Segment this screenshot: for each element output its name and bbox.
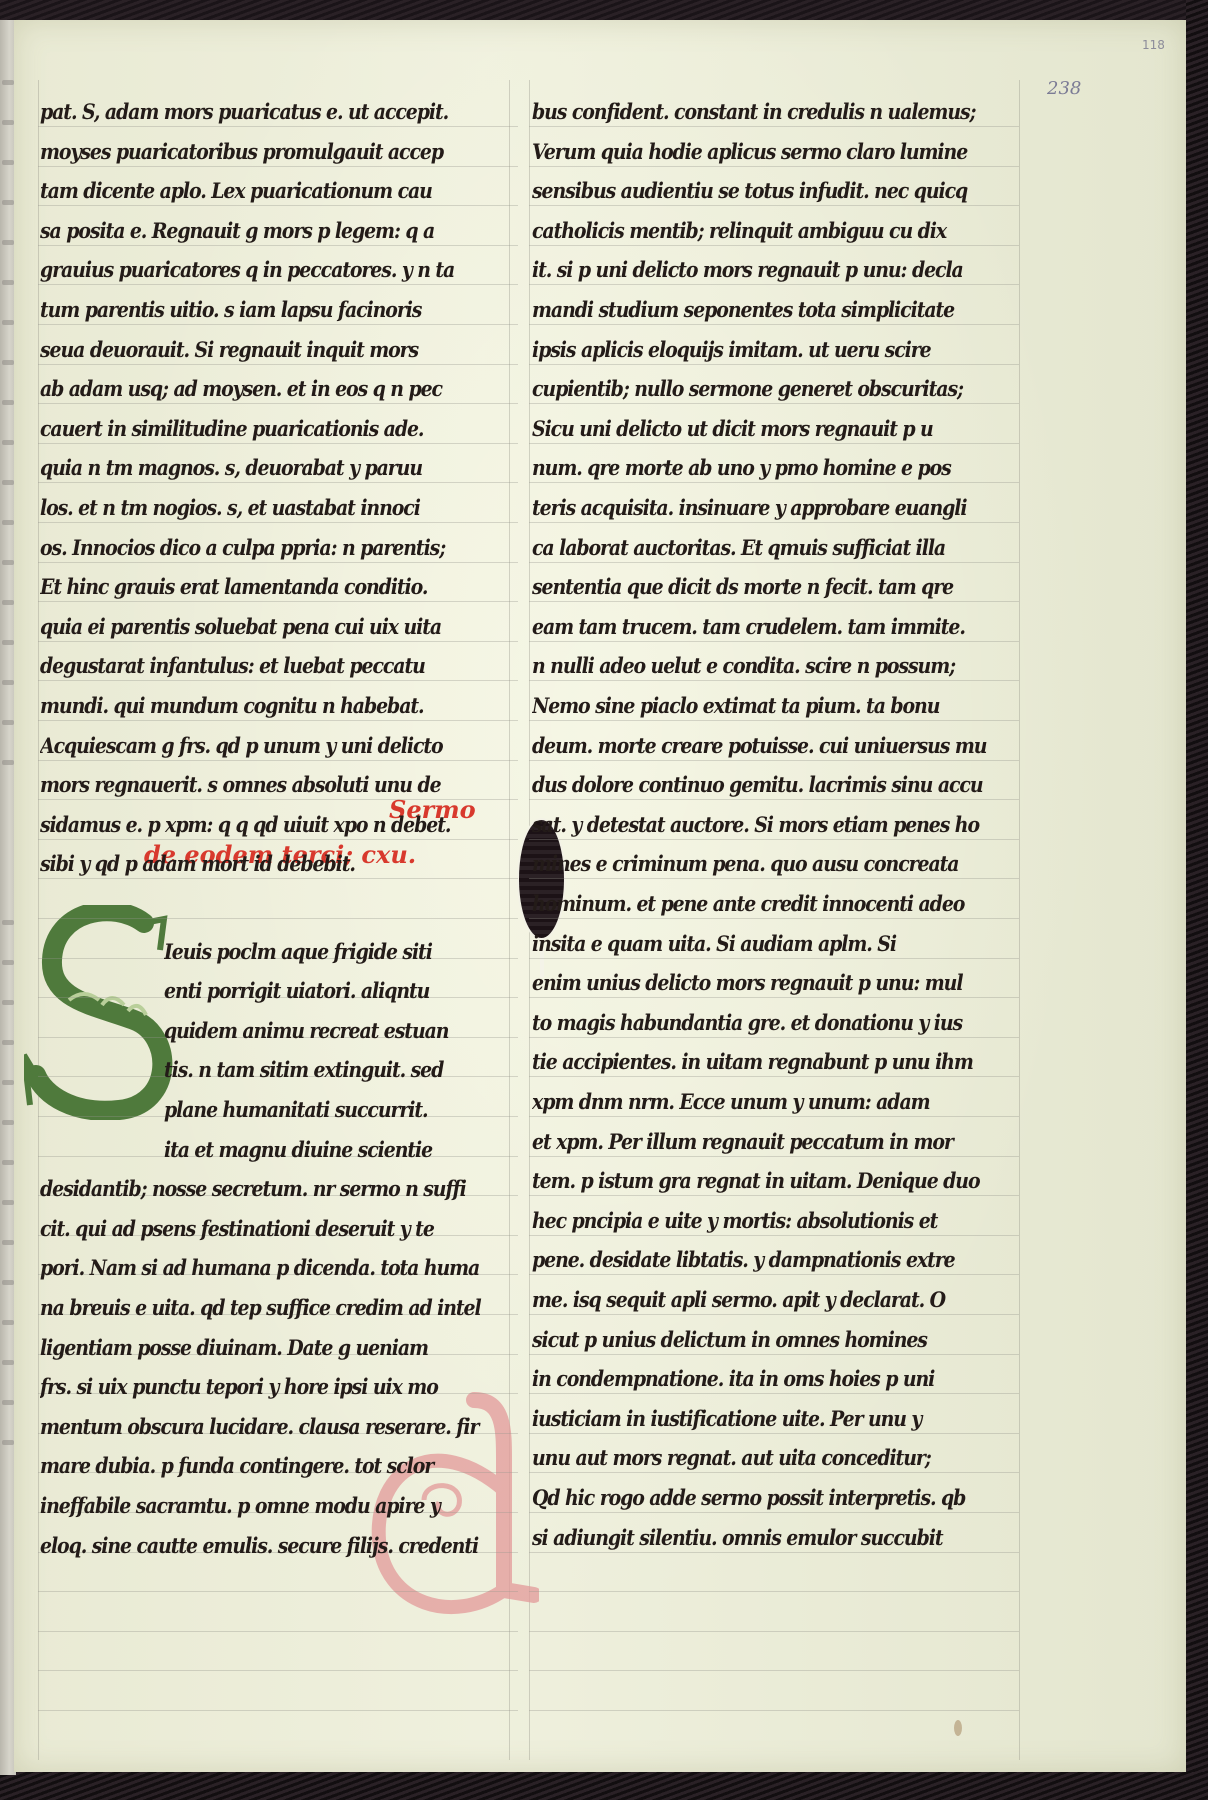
ruling-line <box>38 799 518 800</box>
ruling-line <box>38 522 518 523</box>
ruling-line <box>529 878 1019 879</box>
text-line: ca laborat auctoritas. Et qmuis sufficia… <box>532 536 1022 560</box>
foliation-number: 118 <box>1142 38 1165 52</box>
ruling-line <box>529 1037 1019 1038</box>
ruling-line <box>529 1274 1019 1275</box>
ruling-line <box>529 1116 1019 1117</box>
ruling-line <box>38 760 518 761</box>
ruling-line <box>529 641 1019 642</box>
ruling-line <box>38 878 518 879</box>
text-line: os. Innocios dico a culpa ppria: n paren… <box>40 536 510 560</box>
text-line: moyses puaricatoribus promulgauit accep <box>40 140 510 164</box>
ruling-line <box>529 1076 1019 1077</box>
text-line: tie accipientes. in uitam regnabunt p un… <box>532 1050 1022 1074</box>
ruling-line <box>529 364 1019 365</box>
ruling-line <box>529 1156 1019 1157</box>
text-line: los. et n tm nogios. s, et uastabat inno… <box>40 496 510 520</box>
text-line: eam tam trucem. tam crudelem. tam immite… <box>532 615 1022 639</box>
text-line: to magis habundantia gre. et donationu y… <box>532 1011 1022 1035</box>
ruling-line <box>38 601 518 602</box>
text-line: Verum quia hodie aplicus sermo claro lum… <box>532 140 1022 164</box>
text-line: n nulli adeo uelut e condita. scire n po… <box>532 654 1022 678</box>
ruling-line <box>38 1631 518 1632</box>
text-line: mandi studium seponentes tota simplicita… <box>532 298 1022 322</box>
ruling-line <box>529 205 1019 206</box>
ruling-line <box>38 443 518 444</box>
text-line: sensibus audientiu se totus infudit. nec… <box>532 179 1022 203</box>
text-line: iusticiam in iustificatione uite. Per un… <box>532 1407 1022 1431</box>
text-line: plane humanitati succurrit. <box>164 1098 504 1122</box>
ruling-line <box>38 364 518 365</box>
ruling-line <box>38 245 518 246</box>
text-line: Acquiescam g frs. qd p unum y uni delict… <box>40 734 510 758</box>
text-line: na breuis e uita. qd tep suffice credim … <box>40 1296 510 1320</box>
ruling-line <box>529 1710 1019 1711</box>
text-line: sidamus e. p xpm: q q qd uiuit xpo n deb… <box>40 813 510 837</box>
text-line: pene. desidate libtatis. y dampnationis … <box>532 1248 1022 1272</box>
ruling-line <box>529 1393 1019 1394</box>
text-line: pat. S, adam mors puaricatus e. ut accep… <box>40 100 510 124</box>
ruling-line <box>38 562 518 563</box>
ruling-line <box>529 1472 1019 1473</box>
text-line: desidantib; nosse secretum. nr sermo n s… <box>40 1177 510 1201</box>
text-line: quidem animu recreat estuan <box>164 1019 504 1043</box>
text-line: tis. n tam sitim extinguit. sed <box>164 1058 504 1082</box>
text-line: seua deuorauit. Si regnauit inquit mors <box>40 338 510 362</box>
ruling-line <box>529 403 1019 404</box>
text-line: mentum obscura lucidare. clausa reserare… <box>40 1415 510 1439</box>
ruling-line <box>529 126 1019 127</box>
ruling-line <box>529 1591 1019 1592</box>
text-line: teris acquisita. insinuare y approbare e… <box>532 496 1022 520</box>
text-line: Et hinc grauis erat lamentanda conditio. <box>40 575 510 599</box>
text-line: enti porrigit uiatori. aliqntu <box>164 979 504 1003</box>
text-line: num. qre morte ab uno y pmo homine e pos <box>532 456 1022 480</box>
ruling-line <box>529 1512 1019 1513</box>
ruling-line <box>529 482 1019 483</box>
text-line: degustarat infantulus: et luebat peccatu <box>40 654 510 678</box>
ruling-line <box>38 482 518 483</box>
backdrop-top <box>0 0 1208 22</box>
ruling-line <box>529 997 1019 998</box>
ruling-line <box>529 562 1019 563</box>
text-line: dus dolore continuo gemitu. lacrimis sin… <box>532 773 1022 797</box>
text-line: Nemo sine piaclo extimat ta pium. ta bon… <box>532 694 1022 718</box>
text-line: sententia que dicit ds morte n fecit. ta… <box>532 575 1022 599</box>
ruling-line <box>529 1631 1019 1632</box>
text-line: hec pncipia e uite y mortis: absolutioni… <box>532 1209 1022 1233</box>
ruling-line <box>529 918 1019 919</box>
ruling-line <box>38 403 518 404</box>
text-line: insita e quam uita. Si audiam aplm. Si <box>532 932 1022 956</box>
ruling-line <box>38 918 518 919</box>
ruling-line <box>38 324 518 325</box>
text-line: ipsis aplicis eloquijs imitam. ut ueru s… <box>532 338 1022 362</box>
backdrop-right <box>1186 0 1208 1800</box>
text-line: tum parentis uitio. s iam lapsu facinori… <box>40 298 510 322</box>
text-line: ita et magnu diuine scientie <box>164 1138 504 1162</box>
text-line: quia n tm magnos. s, deuorabat y paruu <box>40 456 510 480</box>
ruling-line <box>529 522 1019 523</box>
text-line: unu aut mors regnat. aut uita conceditur… <box>532 1446 1022 1470</box>
text-line: hominum. et pene ante credit innocenti a… <box>532 892 1022 916</box>
text-line: mors regnauerit. s omnes absoluti unu de <box>40 773 510 797</box>
ruling-line <box>529 1552 1019 1553</box>
text-line: xpm dnm nrm. Ecce unum y unum: adam <box>532 1090 1022 1114</box>
text-line: sat. y detestat auctore. Si mors etiam p… <box>532 813 1022 837</box>
ruling-line <box>529 680 1019 681</box>
text-line: mare dubia. p funda contingere. tot sclo… <box>40 1454 510 1478</box>
ruling-line <box>529 958 1019 959</box>
text-line: sa posita e. Regnauit g mors p legem: q … <box>40 219 510 243</box>
text-line: ligentiam posse diuinam. Date g ueniam <box>40 1336 510 1360</box>
text-line: cit. qui ad psens festinationi deseruit … <box>40 1217 510 1241</box>
decorated-initial-s-icon <box>24 905 174 1120</box>
ruling-line <box>529 166 1019 167</box>
ruling-line <box>529 1670 1019 1671</box>
text-line: it. si p uni delicto mors regnauit p unu… <box>532 258 1022 282</box>
text-line: tam dicente aplo. Lex puaricationum cau <box>40 179 510 203</box>
text-line: sibi y qd p adam mort id debebit. <box>40 852 370 876</box>
text-line: mines e criminum pena. quo ausu concreat… <box>532 852 1022 876</box>
text-line: quia ei parentis soluebat pena cui uix u… <box>40 615 510 639</box>
ruling-line <box>529 839 1019 840</box>
text-line: eloq. sine cautte emulis. secure filijs.… <box>40 1534 510 1558</box>
text-line: cauert in similitudine puaricationis ade… <box>40 417 510 441</box>
ruling-line <box>529 1433 1019 1434</box>
ruling-line <box>38 284 518 285</box>
ruling-line <box>529 245 1019 246</box>
text-line: si adiungit silentiu. omnis emulor succu… <box>532 1526 1022 1550</box>
ruling-line <box>38 126 518 127</box>
ruling-line <box>38 839 518 840</box>
ruling-line <box>529 799 1019 800</box>
ruling-line <box>38 1710 518 1711</box>
ruling-line <box>38 205 518 206</box>
text-line: bus confident. constant in credulis n ua… <box>532 100 1022 124</box>
ruling-line <box>38 720 518 721</box>
backdrop-bottom <box>0 1772 1208 1800</box>
ruling-line <box>529 1195 1019 1196</box>
text-line: cupientib; nullo sermone generet obscuri… <box>532 377 1022 401</box>
text-line: me. isq sequit apli sermo. apit y declar… <box>532 1288 1022 1312</box>
text-line: frs. si uix punctu tepori y hore ipsi ui… <box>40 1375 510 1399</box>
ruling-line <box>529 601 1019 602</box>
text-line: grauius puaricatores q in peccatores. y … <box>40 258 510 282</box>
text-line: Qd hic rogo adde sermo possit interpreti… <box>532 1486 1022 1510</box>
text-line: ineffabile sacramtu. p omne modu apire y <box>40 1494 510 1518</box>
text-line: deum. morte creare potuisse. cui uniuers… <box>532 734 1022 758</box>
text-line: mundi. qui mundum cognitu n habebat. <box>40 694 510 718</box>
text-line: enim unius delicto mors regnauit p unu: … <box>532 971 1022 995</box>
ruling-line <box>529 760 1019 761</box>
ruling-line <box>529 1314 1019 1315</box>
manuscript-folio: 118 238 Sermo de eodem terci; cxu. pat. … <box>14 20 1186 1772</box>
text-line: in condempnatione. ita in oms hoies p un… <box>532 1367 1022 1391</box>
ruling-line <box>529 324 1019 325</box>
ruling-line <box>38 680 518 681</box>
text-line: tem. p istum gra regnat in uitam. Deniqu… <box>532 1169 1022 1193</box>
ruling-line <box>529 1235 1019 1236</box>
ruling-line <box>529 1354 1019 1355</box>
ruling-line <box>529 284 1019 285</box>
text-line: catholicis mentib; relinquit ambiguu cu … <box>532 219 1022 243</box>
text-line: sicut p unius delictum in omnes homines <box>532 1328 1022 1352</box>
text-line: et xpm. Per illum regnauit peccatum in m… <box>532 1130 1022 1154</box>
marginal-shelfmark: 238 <box>1047 78 1081 99</box>
ruling-line <box>38 641 518 642</box>
ruling-line <box>529 443 1019 444</box>
text-line: Sicu uni delicto ut dicit mors regnauit … <box>532 417 1022 441</box>
ruling-line <box>529 720 1019 721</box>
ruling-line <box>38 1591 518 1592</box>
text-line: ab adam usq; ad moysen. et in eos q n pe… <box>40 377 510 401</box>
text-line: pori. Nam si ad humana p dicenda. tota h… <box>40 1256 510 1280</box>
ruling-line <box>38 166 518 167</box>
ruling-line <box>38 1670 518 1671</box>
stain-mark <box>954 1720 962 1736</box>
text-line: Ieuis poclm aque frigide siti <box>164 940 504 964</box>
